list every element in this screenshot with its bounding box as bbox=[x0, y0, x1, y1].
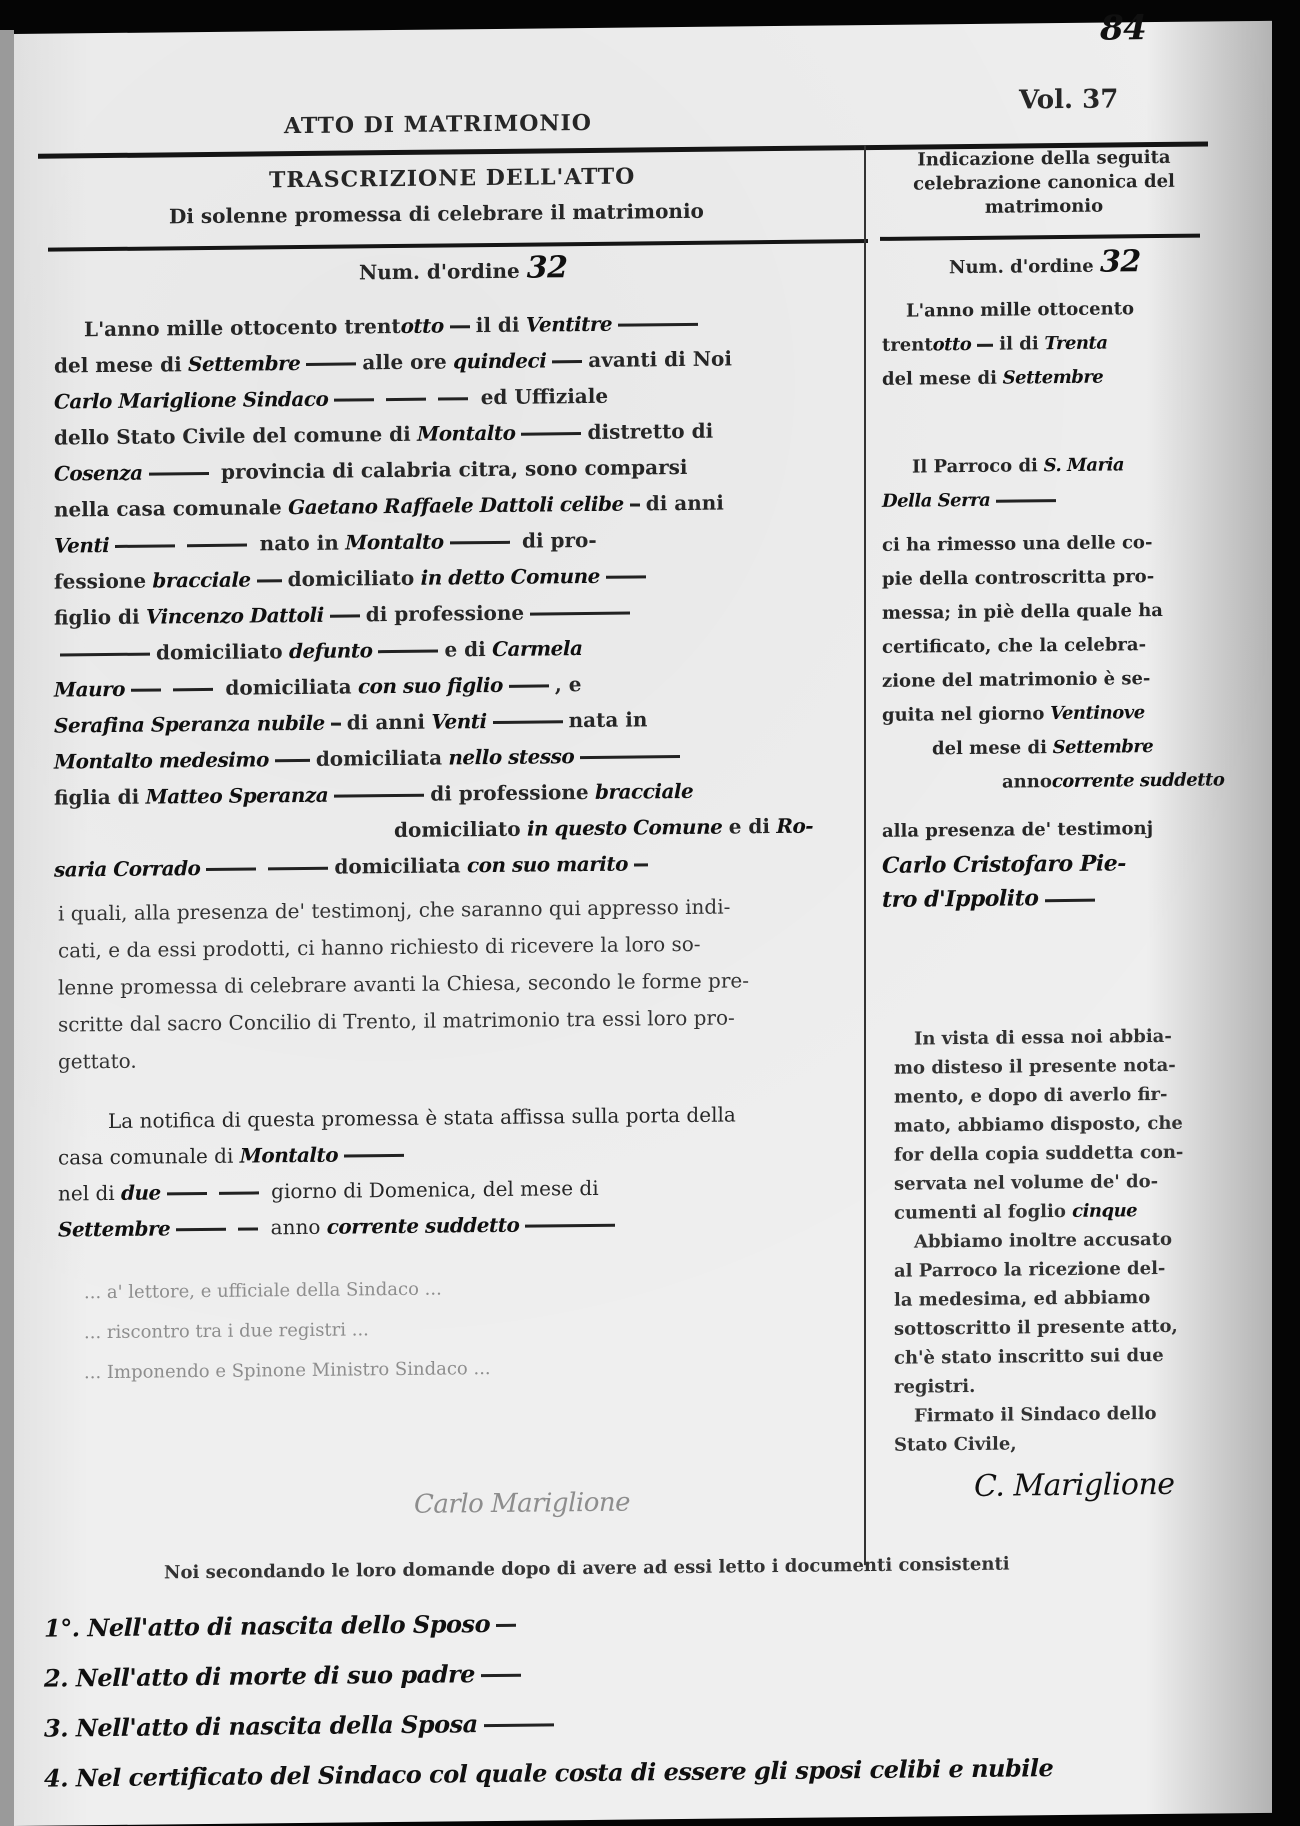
record-line-16: saria Corradodomiciliata con suo marito bbox=[54, 843, 854, 887]
subheader-rule bbox=[48, 239, 868, 252]
promise-paragraph: i quali, alla presenza de' testimonj, ch… bbox=[58, 887, 858, 1080]
notice-paragraph: La notifica di questa promessa è stata a… bbox=[58, 1095, 858, 1247]
right-record: L'anno mille ottocento trentottoil di Tr… bbox=[882, 291, 1212, 918]
right-closing-paragraph: In vista di essa noi abbia- mo disteso i… bbox=[894, 1021, 1224, 1459]
volume-label: Vol. 37 bbox=[1019, 84, 1118, 115]
right-header-title: Indicazione della seguita celebrazione c… bbox=[894, 146, 1194, 221]
order-number-value: 32 bbox=[527, 250, 568, 285]
mayor-signature: C. Mariglione bbox=[974, 1467, 1175, 1504]
faded-signature: Carlo Mariglione bbox=[414, 1488, 630, 1520]
section-subtitle: Di solenne promessa di celebrare il matr… bbox=[169, 199, 704, 229]
document-page: 84 Vol. 37 ATTO DI MATRIMONIO TRASCRIZIO… bbox=[14, 21, 1272, 1826]
right-order-number-label: Num. d'ordine 32 bbox=[949, 244, 1141, 281]
bleed-through-text: ... a' lettore, e ufficiale della Sindac… bbox=[84, 1265, 844, 1393]
document-title: ATTO DI MATRIMONIO bbox=[284, 110, 592, 139]
section-title: TRASCRIZIONE DELL'ATTO bbox=[269, 163, 635, 193]
column-divider bbox=[864, 145, 866, 1565]
order-number-label: Num. d'ordine 32 bbox=[359, 250, 567, 287]
main-record: L'anno mille ottocento trentottoil di Ve… bbox=[54, 303, 854, 887]
documents-list: 1°. Nell'atto di nascita dello Sposo 2. … bbox=[44, 1591, 1244, 1804]
right-order-number-value: 32 bbox=[1100, 244, 1141, 279]
book-binding-edge bbox=[0, 30, 14, 1826]
right-subheader-rule bbox=[880, 234, 1200, 241]
footer-intro: Noi secondando le loro domande dopo di a… bbox=[164, 1554, 1010, 1584]
page-number: 84 bbox=[1100, 8, 1146, 48]
